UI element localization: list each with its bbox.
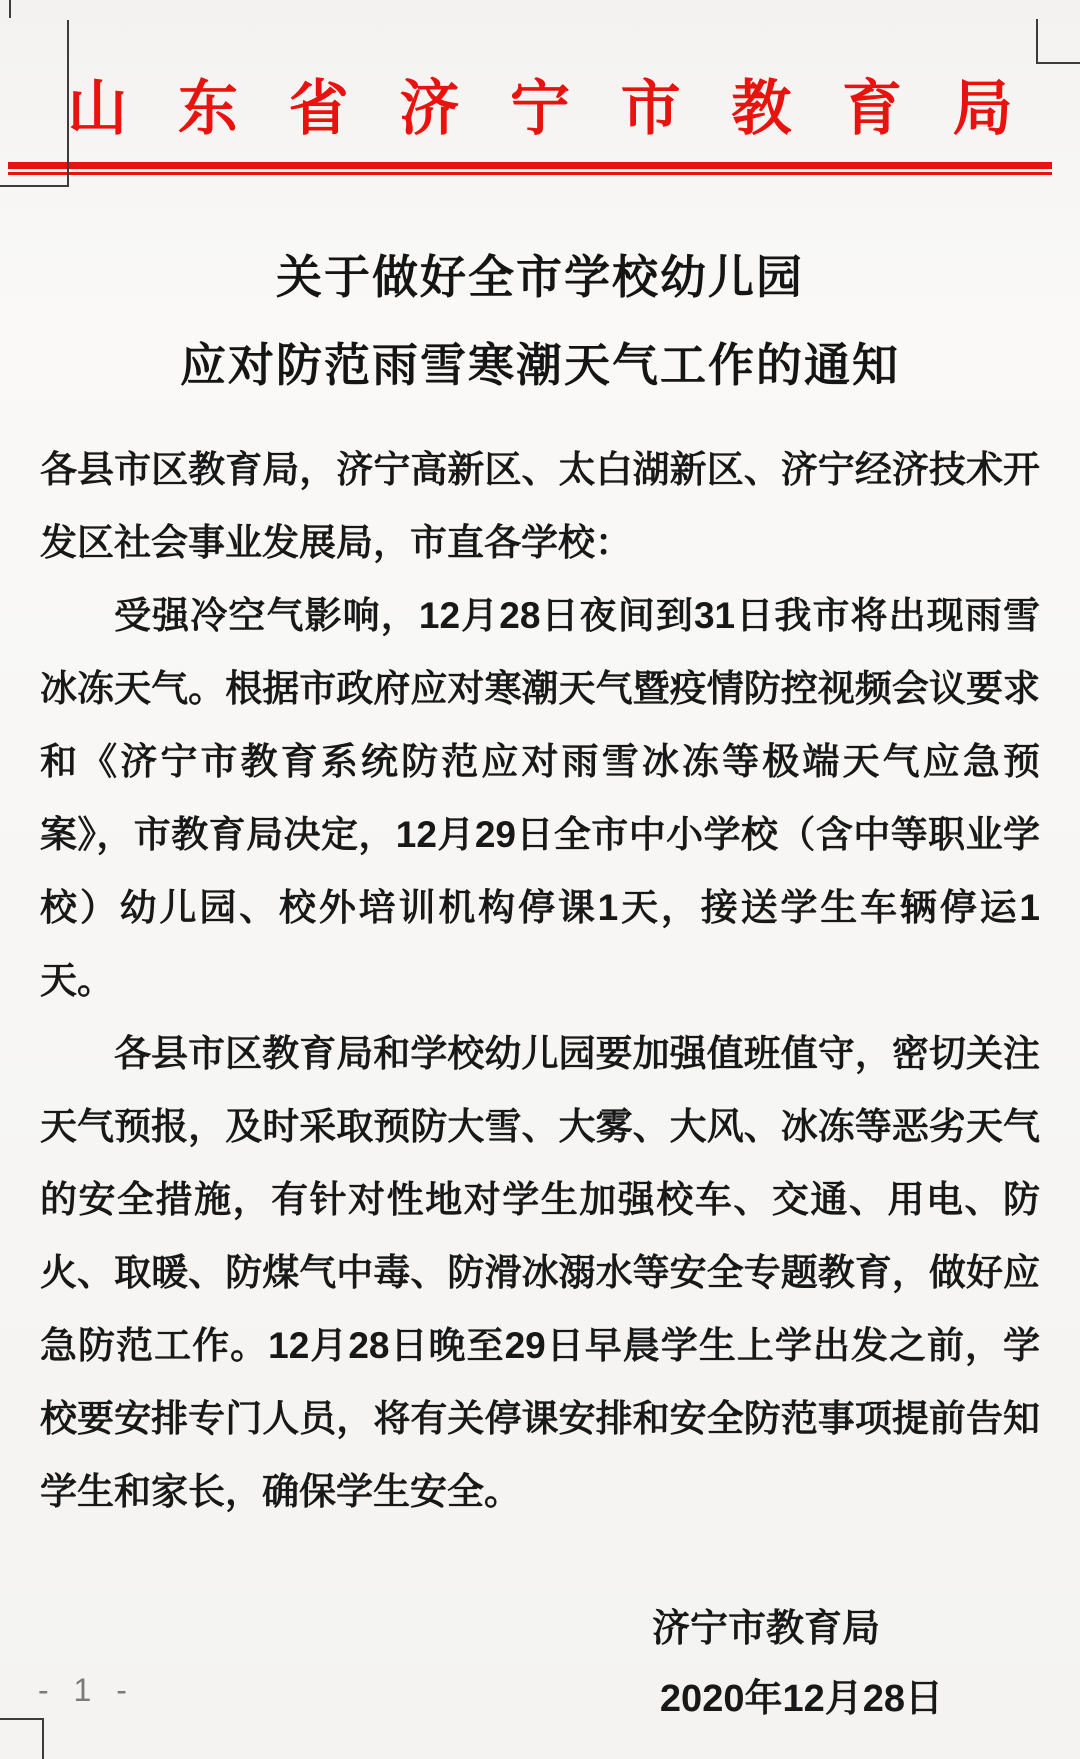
- body-line: 冰冻天气。根据市政府应对寒潮天气暨疫情防控视频会议要求: [40, 652, 1040, 725]
- paragraph: 各县市区教育局和学校幼儿园要加强值班值守，密切关注天气预报，及时采取预防大雪、大…: [40, 1017, 1040, 1528]
- agency-letterhead: 山 东 省 济 宁 市 教 育 局: [0, 70, 1080, 148]
- document-title-line2: 应对防范雨雪寒潮天气工作的通知: [0, 321, 1080, 409]
- crop-corner-bottom-left: [0, 1718, 44, 1759]
- document-page: 山 东 省 济 宁 市 教 育 局 关于做好全市学校幼儿园 应对防范雨雪寒潮天气…: [0, 0, 1080, 1759]
- letterhead-divider-line: [8, 162, 1052, 175]
- document-title: 关于做好全市学校幼儿园 应对防范雨雪寒潮天气工作的通知: [0, 233, 1080, 409]
- body-line: 急防范工作。12月28日晚至29日早晨学生上学出发之前，学: [40, 1309, 1040, 1382]
- signature-organization: 济宁市教育局: [0, 1594, 1080, 1664]
- crop-corner-top-right: [1036, 19, 1080, 64]
- body-line: 天气预报，及时采取预防大雪、大雾、大风、冰冻等恶劣天气: [40, 1090, 1040, 1163]
- paragraph: 受强冷空气影响，12月28日夜间到31日我市将出现雨雪冰冻天气。根据市政府应对寒…: [40, 579, 1040, 1017]
- document-body: 各县市区教育局，济宁高新区、太白湖新区、济宁经济技术开发区社会事业发展局，市直各…: [0, 433, 1080, 1528]
- body-line: 学生和家长，确保学生安全。: [40, 1455, 1040, 1528]
- body-line: 校）幼儿园、校外培训机构停课1天，接送学生车辆停运1天。: [40, 871, 1040, 1017]
- body-line: 各县市区教育局和学校幼儿园要加强值班值守，密切关注: [40, 1017, 1040, 1090]
- body-line: 校要安排专门人员，将有关停课安排和安全防范事项提前告知: [40, 1382, 1040, 1455]
- divider-thick-line: [8, 162, 1052, 169]
- signature-block: 济宁市教育局 2020年12月28日: [0, 1594, 1080, 1734]
- crop-corner-top-left: [0, 20, 69, 187]
- signature-date: 2020年12月28日: [0, 1664, 1080, 1734]
- body-line: 受强冷空气影响，12月28日夜间到31日我市将出现雨雪: [40, 579, 1040, 652]
- body-line: 和《济宁市教育系统防范应对雨雪冰冻等极端天气应急预: [40, 725, 1040, 798]
- document-title-line1: 关于做好全市学校幼儿园: [0, 233, 1080, 321]
- page-number: - 1 -: [38, 1672, 135, 1709]
- scan-edge-tick: [9, 0, 11, 18]
- body-line: 各县市区教育局，济宁高新区、太白湖新区、济宁经济技术开: [40, 433, 1040, 506]
- divider-thin-line: [8, 172, 1052, 175]
- body-line: 火、取暖、防煤气中毒、防滑冰溺水等安全专题教育，做好应: [40, 1236, 1040, 1309]
- body-line: 的安全措施，有针对性地对学生加强校车、交通、用电、防: [40, 1163, 1040, 1236]
- body-line: 案》，市教育局决定，12月29日全市中小学校（含中等职业学: [40, 798, 1040, 871]
- paragraph: 各县市区教育局，济宁高新区、太白湖新区、济宁经济技术开发区社会事业发展局，市直各…: [40, 433, 1040, 579]
- body-line: 发区社会事业发展局，市直各学校：: [40, 506, 1040, 579]
